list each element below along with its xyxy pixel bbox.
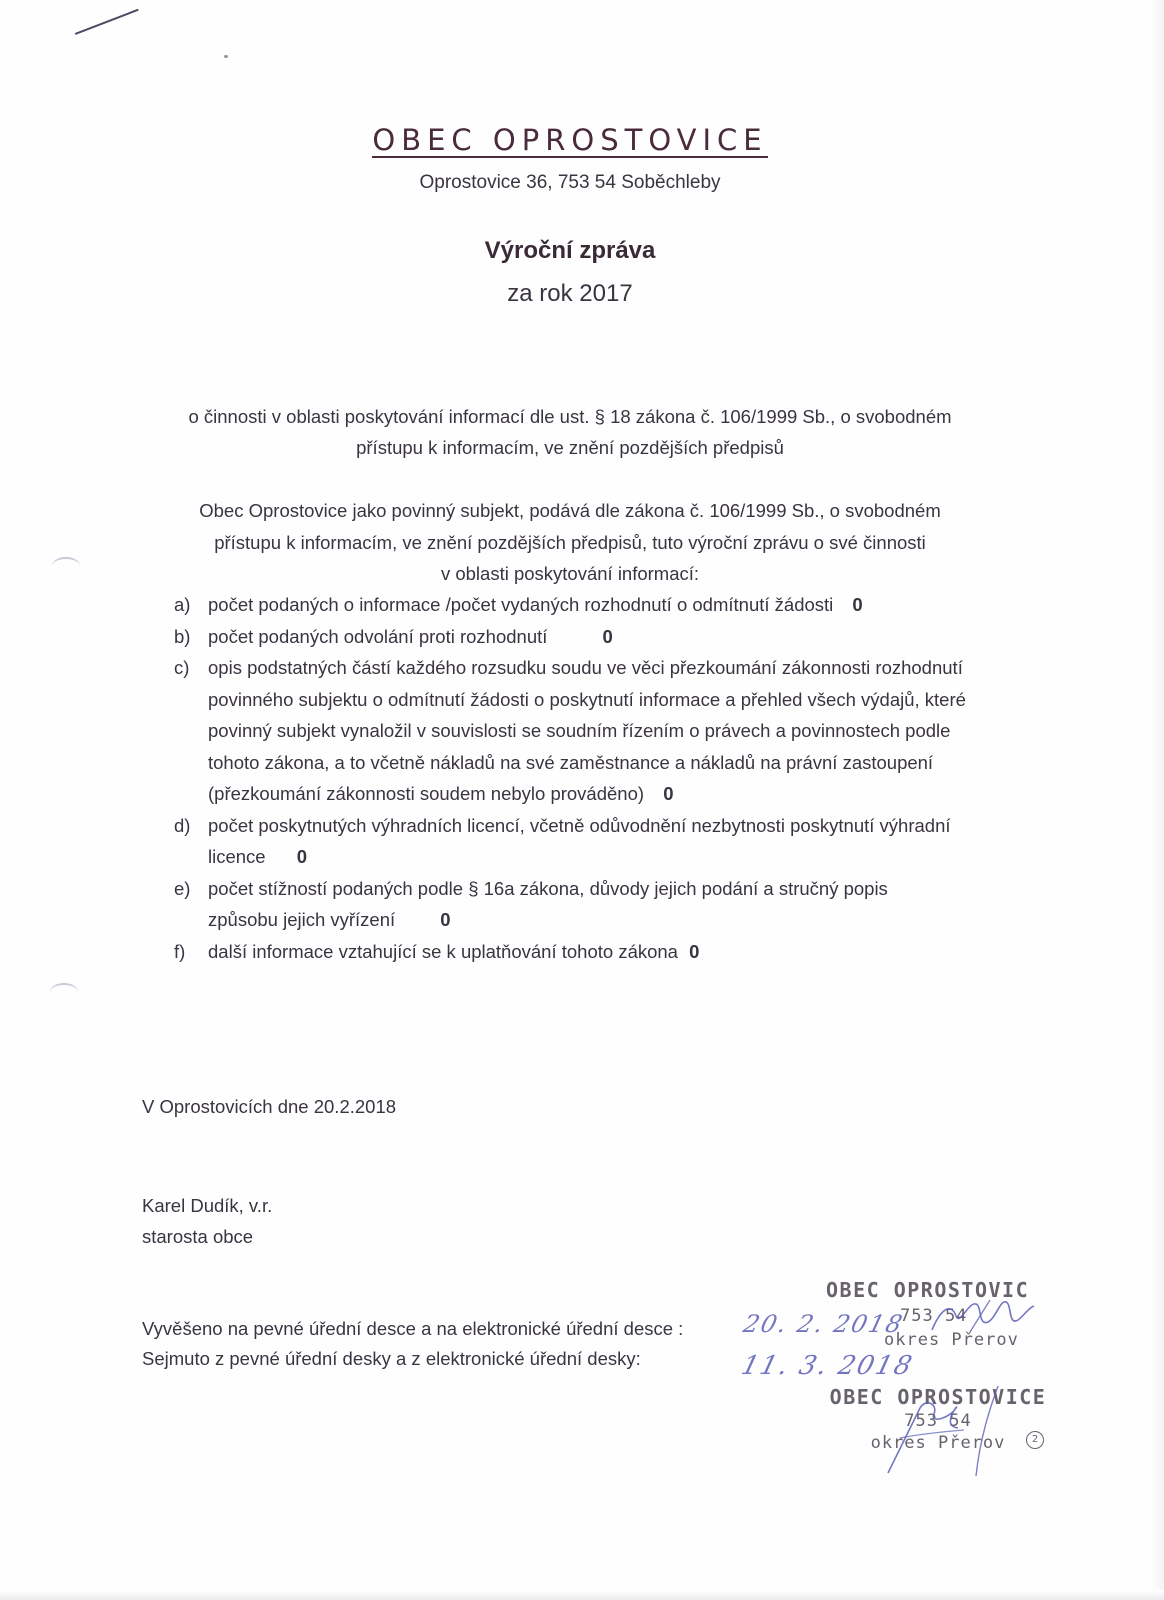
posted-label: Vyvěšeno na pevné úřední desce a na elek… [142, 1314, 683, 1344]
municipality-address: Oprostovice 36, 753 54 Soběchleby [0, 172, 1140, 194]
municipality-name: OBEC OPROSTOVICE [372, 124, 767, 158]
item-text: počet stížností podaných podle § 16a zák… [208, 878, 888, 931]
handwritten-posted-date: 20. 2. 2018 [741, 1310, 907, 1338]
scan-edge-bottom [0, 1590, 1164, 1600]
signer-role: starosta obce [142, 1221, 272, 1252]
item-text: počet podaných o informace /počet vydaný… [208, 594, 833, 615]
item-marker: a) [174, 589, 208, 621]
item-text: počet poskytnutých výhradních licencí, v… [208, 815, 951, 868]
list-item-a: a) počet podaných o informace /počet vyd… [174, 589, 1004, 621]
place-and-date: V Oprostovicích dne 20.2.2018 [142, 1096, 396, 1118]
item-value: 0 [663, 778, 673, 810]
list-item-c: c) opis podstatných částí každého rozsud… [174, 652, 1004, 810]
list-item-b: b) počet podaných odvolání proti rozhodn… [174, 621, 1004, 653]
scan-dot-mark [224, 55, 228, 58]
item-value: 0 [440, 904, 450, 936]
handwritten-signature-icon [930, 1296, 1040, 1336]
pen-stroke-mark [75, 9, 139, 35]
punch-hole-mark [50, 983, 78, 1001]
handwritten-removed-date: 11. 3. 2018 [738, 1351, 916, 1381]
list-item-e: e) počet stížností podaných podle § 16a … [174, 873, 1004, 936]
body-line: přístupu k informacím, ve znění pozdější… [120, 527, 1020, 559]
punch-hole-mark [52, 557, 80, 575]
item-text: počet podaných odvolání proti rozhodnutí [208, 626, 547, 647]
report-year: za rok 2017 [0, 280, 1140, 308]
body-paragraph: Obec Oprostovice jako povinný subjekt, p… [120, 495, 1020, 590]
signature-block: Karel Dudík, v.r. starosta obce [142, 1190, 272, 1252]
intro-paragraph: o činnosti v oblasti poskytování informa… [120, 401, 1020, 463]
scan-edge-right [1150, 0, 1164, 1600]
item-text: další informace vztahující se k uplatňov… [208, 941, 678, 962]
item-marker: c) [174, 652, 208, 810]
handwritten-signature-icon [880, 1378, 1030, 1478]
municipality-title: OBEC OPROSTOVICE [0, 123, 1140, 158]
item-value: 0 [689, 936, 699, 968]
report-title: Výroční zpráva [0, 237, 1140, 265]
intro-line: přístupu k informacím, ve znění pozdější… [120, 432, 1020, 463]
signer-name: Karel Dudík, v.r. [142, 1190, 272, 1221]
item-text: opis podstatných částí každého rozsudku … [208, 657, 966, 804]
item-marker: e) [174, 873, 208, 936]
intro-line: o činnosti v oblasti poskytování informa… [120, 401, 1020, 432]
body-line: Obec Oprostovice jako povinný subjekt, p… [120, 495, 1020, 527]
posting-record: Vyvěšeno na pevné úřední desce a na elek… [142, 1314, 683, 1374]
item-marker: b) [174, 621, 208, 653]
document-page: OBEC OPROSTOVICE Oprostovice 36, 753 54 … [0, 0, 1164, 1600]
item-value: 0 [603, 621, 613, 653]
removed-label: Sejmuto z pevné úřední desky a z elektro… [142, 1344, 683, 1374]
list-item-f: f) další informace vztahující se k uplat… [174, 936, 1004, 968]
item-marker: d) [174, 810, 208, 873]
item-marker: f) [174, 936, 208, 968]
item-value: 0 [852, 589, 862, 621]
item-value: 0 [297, 841, 307, 873]
body-line: v oblasti poskytování informací: [120, 558, 1020, 590]
list-item-d: d) počet poskytnutých výhradních licencí… [174, 810, 1004, 873]
report-items-list: a) počet podaných o informace /počet vyd… [174, 589, 1004, 967]
